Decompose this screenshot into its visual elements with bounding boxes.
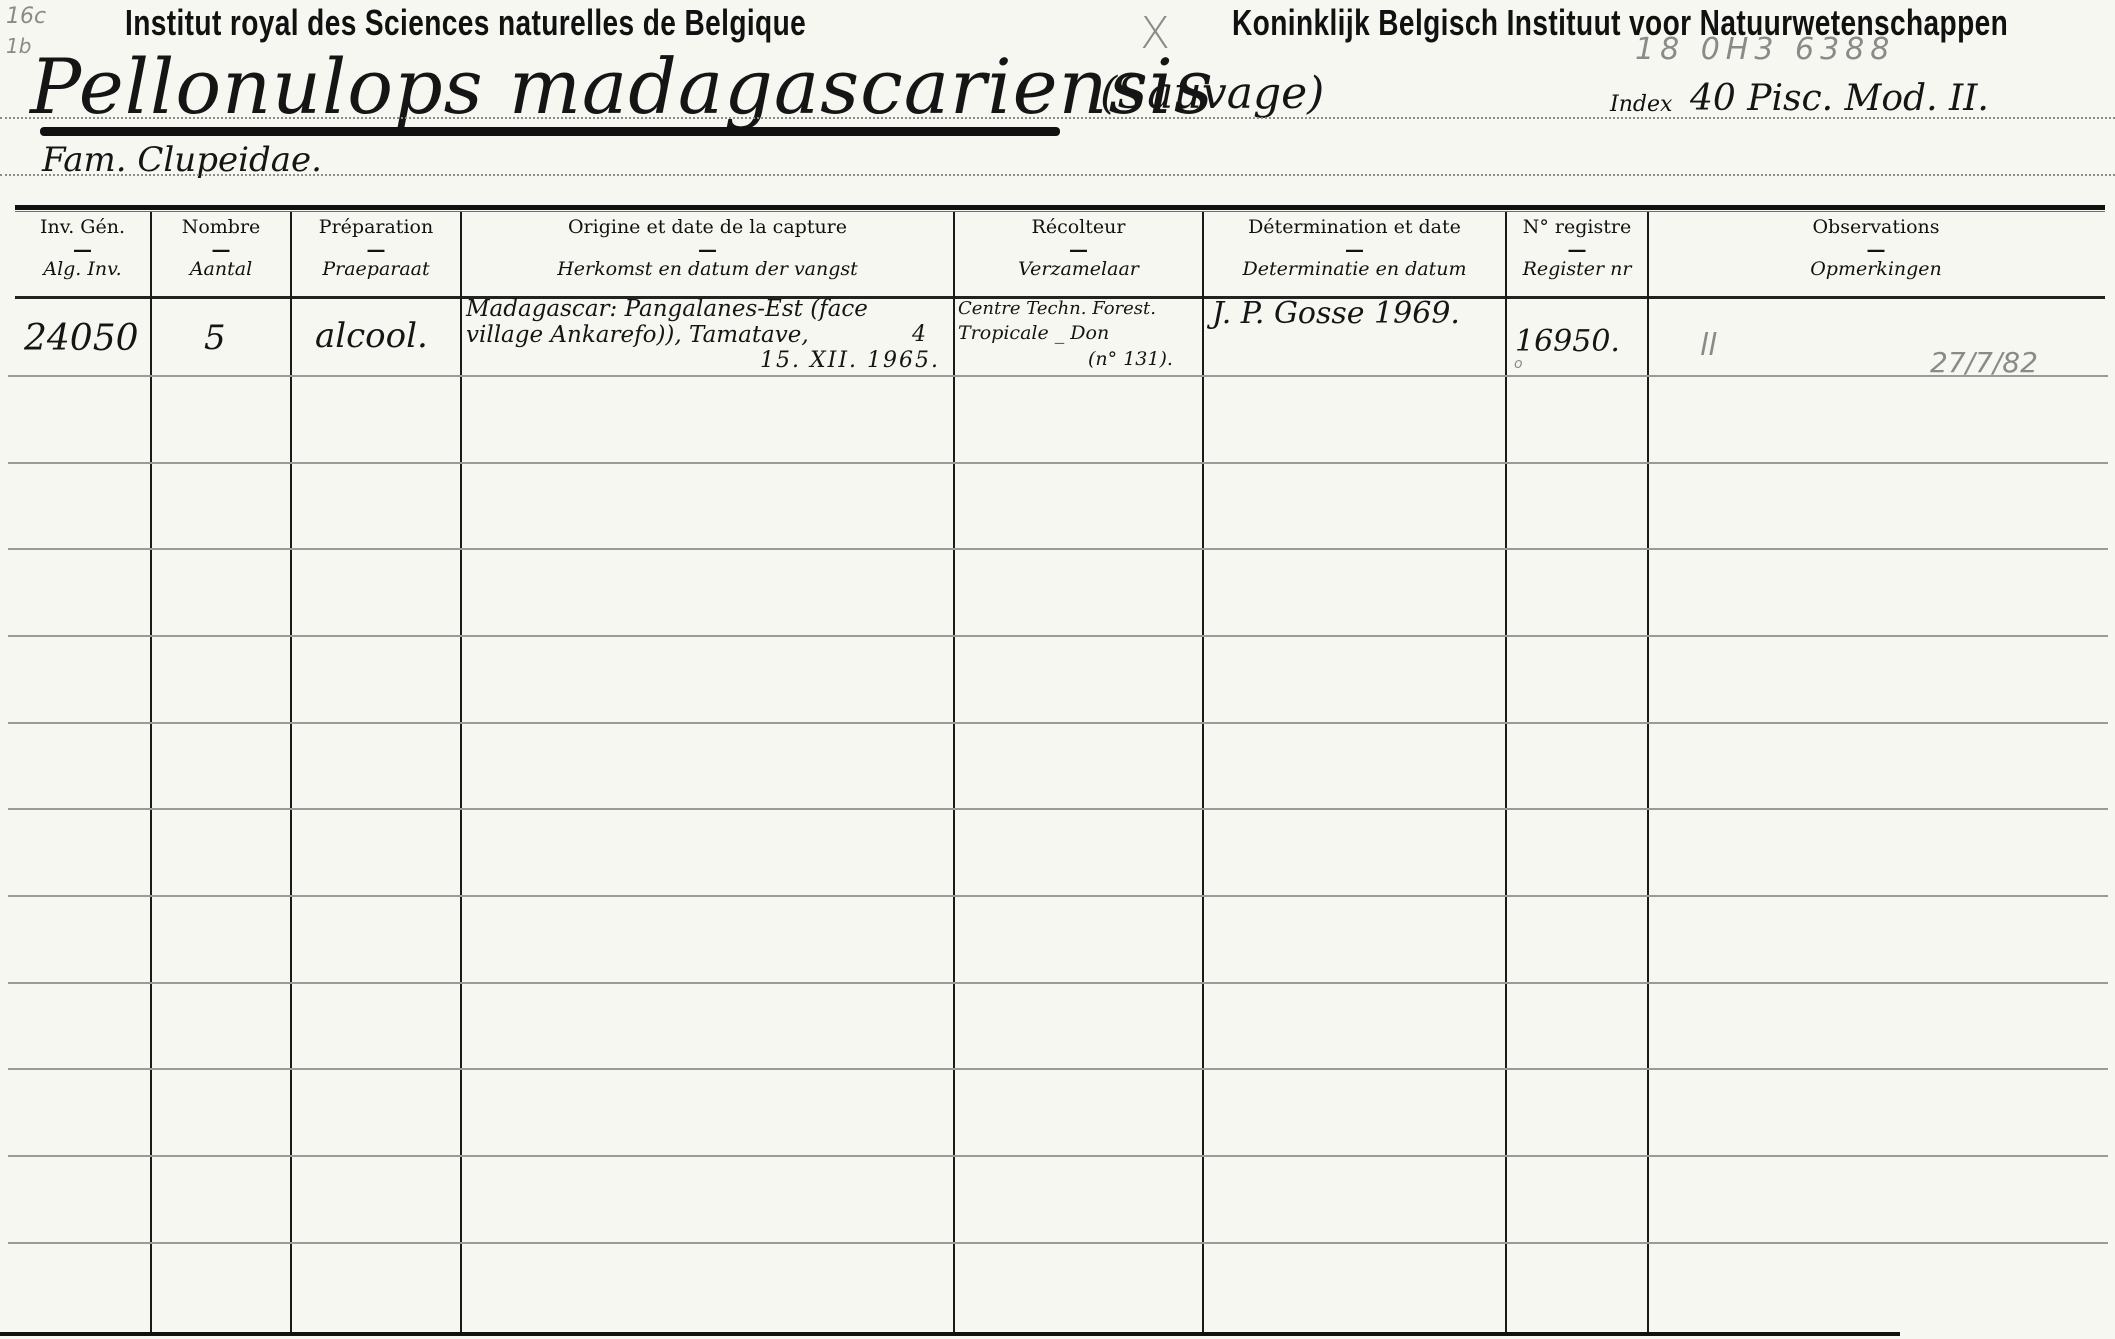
header-nl: Alg. Inv. <box>15 260 150 279</box>
column-header-inv-gen: Inv. Gén. — Alg. Inv. <box>15 218 150 279</box>
row-divider <box>8 462 2108 464</box>
family-dotted-line <box>0 174 2115 176</box>
column-header-registre: N° registre — Register nr <box>1507 218 1647 279</box>
institution-name-fr: Institut royal des Sciences naturelles d… <box>125 2 806 44</box>
title-dotted-line <box>0 117 2115 119</box>
cell-origine-mark: 4 <box>912 322 926 347</box>
header-nl: Herkomst en datum der vangst <box>462 260 953 279</box>
column-divider <box>1505 212 1507 1336</box>
cell-registre-mark: o <box>1514 356 1523 372</box>
column-header-preparation: Préparation — Praeparaat <box>292 218 460 279</box>
column-divider <box>953 212 955 1336</box>
cell-recolteur-line2: Tropicale _ Don <box>958 322 1109 344</box>
column-header-origine: Origine et date de la capture — Herkomst… <box>462 218 953 279</box>
column-divider <box>1647 212 1649 1336</box>
column-header-observations: Observations — Opmerkingen <box>1649 218 2103 279</box>
row-divider <box>8 808 2108 810</box>
column-divider <box>460 212 462 1336</box>
column-header-nombre: Nombre — Aantal <box>152 218 290 279</box>
column-header-determination: Détermination et date — Determinatie en … <box>1204 218 1505 279</box>
row-divider <box>8 375 2108 377</box>
cell-registre: 16950. <box>1515 324 1620 359</box>
cell-origine-line1: Madagascar: Pangalanes-Est (face <box>466 296 868 322</box>
cell-inv-gen: 24050 <box>24 318 139 359</box>
cell-nombre: 5 <box>204 318 226 358</box>
title-underline <box>40 127 1060 136</box>
header-nl: Verzamelaar <box>955 260 1202 279</box>
cell-observations-mark: ll <box>1700 328 1717 363</box>
header-nl: Register nr <box>1507 260 1647 279</box>
table-bottom-rule <box>0 1332 1900 1336</box>
cell-origine-line2: village Ankarefo)), Tamatave, <box>466 322 809 348</box>
table-top-rule-thin <box>15 211 2105 212</box>
column-divider <box>290 212 292 1336</box>
column-divider <box>150 212 152 1336</box>
catalog-number: 18 0H3 6388 <box>1635 32 1895 67</box>
table-top-rule <box>15 205 2105 210</box>
row-divider <box>8 1068 2108 1070</box>
header-nl: Aantal <box>152 260 290 279</box>
cell-recolteur-line1: Centre Techn. Forest. <box>958 298 1156 319</box>
column-header-recolteur: Récolteur — Verzamelaar <box>955 218 1202 279</box>
header-nl: Praeparaat <box>292 260 460 279</box>
cell-determination: J. P. Gosse 1969. <box>1212 296 1460 331</box>
species-author: (Sauvage) <box>1100 68 1324 119</box>
cell-recolteur-line3: (n° 131). <box>1088 348 1173 370</box>
header-nl: Opmerkingen <box>1649 260 2103 279</box>
row-divider <box>8 982 2108 984</box>
row-divider <box>8 1242 2108 1244</box>
row-divider <box>8 635 2108 637</box>
cell-origine-line3: 15. XII. 1965. <box>760 348 940 373</box>
index-label: Index <box>1610 92 1672 117</box>
column-divider <box>1202 212 1204 1336</box>
row-divider <box>8 722 2108 724</box>
header-nl: Determinatie en datum <box>1204 260 1505 279</box>
row-divider <box>8 895 2108 897</box>
index-value: 40 Pisc. Mod. II. <box>1690 78 1989 119</box>
cell-preparation: alcool. <box>315 316 428 356</box>
margin-note-top: 16c <box>6 4 46 29</box>
row-divider <box>8 548 2108 550</box>
row-divider <box>8 1155 2108 1157</box>
cell-observations-date: 27/7/82 <box>1930 346 2038 379</box>
margin-note-bottom: 1b <box>6 34 31 58</box>
